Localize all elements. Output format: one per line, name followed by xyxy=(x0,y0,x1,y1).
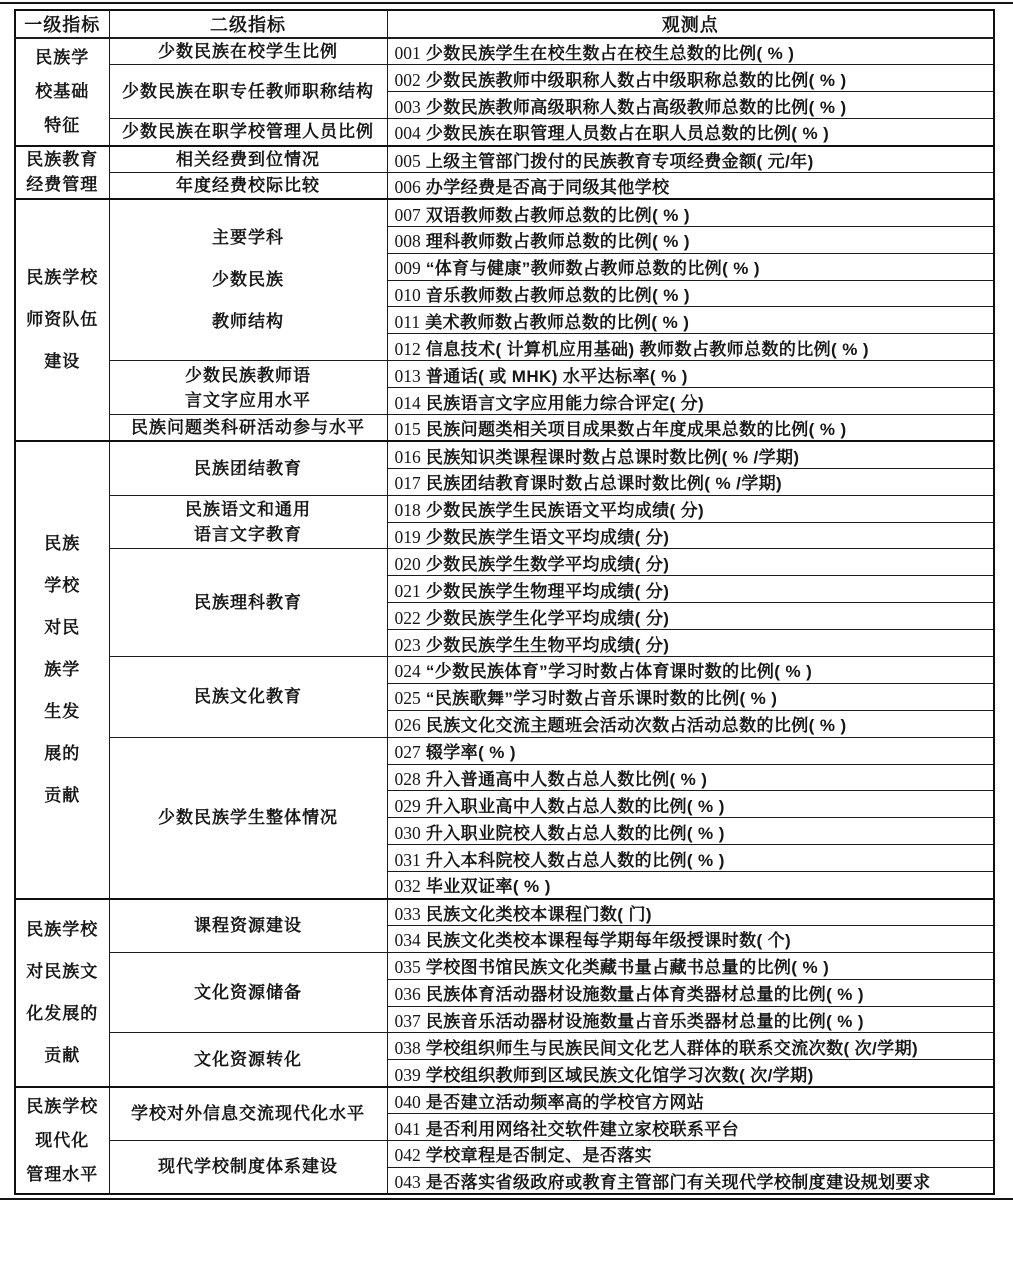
level1-indicator-cell: 民族学校对民族文化发展的贡献 xyxy=(15,899,109,1087)
observation-cell: 025 “民族歌舞”学习时数占音乐课时数的比例( % ) xyxy=(387,683,994,710)
observation-text: 少数民族在职管理人员数占在职人员总数的比例( % ) xyxy=(426,124,829,143)
level2-indicator-cell: 文化资源转化 xyxy=(109,1033,387,1087)
observation-text: 学校组织教师到区域民族文化馆学习次数( 次/学期) xyxy=(426,1066,814,1085)
observation-text: 少数民族学生语文平均成绩( 分) xyxy=(426,528,669,547)
observation-text: 少数民族学生化学平均成绩( 分) xyxy=(426,609,669,628)
observation-text: 升入普通高中人数占总人数比例( % ) xyxy=(426,770,707,789)
observation-number: 017 xyxy=(395,473,421,493)
table-row: 年度经费校际比较006 办学经费是否高于同级其他学校 xyxy=(15,172,994,199)
table-row: 民族学校师资队伍建设主要学科少数民族教师结构007 双语教师数占教师总数的比例(… xyxy=(15,199,994,226)
level2-indicator-label: 课程资源建设 xyxy=(110,905,387,947)
top-rule xyxy=(0,2,1013,4)
observation-number: 019 xyxy=(395,527,421,547)
observation-cell: 006 办学经费是否高于同级其他学校 xyxy=(387,172,994,199)
level2-indicator-cell: 民族语文和通用语言文字教育 xyxy=(109,495,387,549)
header-level1-indicator: 一级指标 xyxy=(15,10,109,38)
observation-text: 少数民族学生物理平均成绩( 分) xyxy=(426,582,669,601)
observation-number: 036 xyxy=(395,984,421,1004)
level2-indicator-label: 民族团结教育 xyxy=(110,448,387,490)
observation-number: 039 xyxy=(395,1065,421,1085)
observation-text: 办学经费是否高于同级其他学校 xyxy=(426,178,670,197)
level2-indicator-cell: 年度经费校际比较 xyxy=(109,172,387,199)
observation-cell: 028 升入普通高中人数占总人数比例( % ) xyxy=(387,764,994,791)
scanned-document-page: 一级指标 二级指标 观测点 民族学校基础特征少数民族在校学生比例001 少数民族… xyxy=(0,0,1013,1282)
observation-cell: 015 民族问题类相关项目成果数占年度成果总数的比例( % ) xyxy=(387,414,994,441)
observation-text: 学校图书馆民族文化类藏书量占藏书总量的比例( % ) xyxy=(426,958,829,977)
level2-indicator-label: 学校对外信息交流现代化水平 xyxy=(110,1093,387,1135)
observation-cell: 008 理科教师数占教师总数的比例( % ) xyxy=(387,226,994,253)
observation-number: 016 xyxy=(395,447,421,467)
observation-text: 升入职业院校人数占总人数的比例( % ) xyxy=(426,824,725,843)
observation-cell: 021 少数民族学生物理平均成绩( 分) xyxy=(387,576,994,603)
level2-indicator-cell: 主要学科少数民族教师结构 xyxy=(109,199,387,360)
level1-indicator-label: 民族学校对民族文化发展的贡献 xyxy=(16,909,109,1077)
observation-number: 023 xyxy=(395,635,421,655)
observation-text: 少数民族学生民族语文平均成绩( 分) xyxy=(426,501,704,520)
table-row: 文化资源储备035 学校图书馆民族文化类藏书量占藏书总量的比例( % ) xyxy=(15,952,994,979)
observation-text: 是否利用网络社交软件建立家校联系平台 xyxy=(426,1120,739,1139)
observation-number: 007 xyxy=(395,205,421,225)
observation-cell: 012 信息技术( 计算机应用基础) 教师数占教师总数的比例( % ) xyxy=(387,334,994,361)
observation-text: 民族文化交流主题班会活动次数占活动总数的比例( % ) xyxy=(426,716,847,735)
observation-cell: 031 升入本科院校人数占总人数的比例( % ) xyxy=(387,845,994,872)
level2-indicator-label: 民族理科教育 xyxy=(110,582,387,624)
table-row: 民族学校基础特征少数民族在校学生比例001 少数民族学生在校生数占在校生总数的比… xyxy=(15,38,994,65)
observation-number: 025 xyxy=(395,688,421,708)
level2-indicator-label: 民族语文和通用语言文字教育 xyxy=(110,497,387,547)
observation-text: 升入本科院校人数占总人数的比例( % ) xyxy=(426,851,725,870)
table-row: 民族理科教育020 少数民族学生数学平均成绩( 分) xyxy=(15,549,994,576)
observation-number: 026 xyxy=(395,715,421,735)
observation-text: 少数民族学生数学平均成绩( 分) xyxy=(426,555,669,574)
observation-text: 少数民族学生生物平均成绩( 分) xyxy=(426,636,669,655)
observation-cell: 022 少数民族学生化学平均成绩( 分) xyxy=(387,603,994,630)
level2-indicator-label: 少数民族在职学校管理人员比例 xyxy=(110,119,387,144)
observation-text: “民族歌舞”学习时数占音乐课时数的比例( % ) xyxy=(426,689,777,708)
observation-number: 042 xyxy=(395,1145,421,1165)
observation-number: 010 xyxy=(395,285,421,305)
header-row: 一级指标 二级指标 观测点 xyxy=(15,10,994,38)
observation-number: 020 xyxy=(395,554,421,574)
observation-number: 002 xyxy=(395,70,421,90)
observation-cell: 026 民族文化交流主题班会活动次数占活动总数的比例( % ) xyxy=(387,710,994,737)
header-observation-point: 观测点 xyxy=(387,10,994,38)
observation-number: 004 xyxy=(395,123,421,143)
observation-cell: 003 少数民族教师高级职称人数占高级教师总数的比例( % ) xyxy=(387,92,994,119)
observation-cell: 027 辍学率( % ) xyxy=(387,737,994,764)
observation-text: 升入职业高中人数占总人数的比例( % ) xyxy=(426,797,725,816)
level1-indicator-cell: 民族学校师资队伍建设 xyxy=(15,199,109,441)
level1-indicator-cell: 民族教育经费管理 xyxy=(15,146,109,200)
observation-cell: 041 是否利用网络社交软件建立家校联系平台 xyxy=(387,1114,994,1141)
observation-text: 民族文化类校本课程门数( 门) xyxy=(426,905,652,924)
level2-indicator-cell: 少数民族在校学生比例 xyxy=(109,38,387,65)
table-row: 民族文化教育024 “少数民族体育”学习时数占体育课时数的比例( % ) xyxy=(15,656,994,683)
table-row: 文化资源转化038 学校组织师生与民族民间文化艺人群体的联系交流次数( 次/学期… xyxy=(15,1033,994,1060)
indicator-table-body: 民族学校基础特征少数民族在校学生比例001 少数民族学生在校生数占在校生总数的比… xyxy=(15,38,994,1194)
observation-text: 少数民族教师高级职称人数占高级教师总数的比例( % ) xyxy=(426,98,847,117)
observation-number: 021 xyxy=(395,581,421,601)
observation-cell: 019 少数民族学生语文平均成绩( 分) xyxy=(387,522,994,549)
observation-number: 041 xyxy=(395,1119,421,1139)
level2-indicator-label: 少数民族在职专任教师职称结构 xyxy=(110,71,387,113)
observation-cell: 005 上级主管部门拨付的民族教育专项经费金额( 元/年) xyxy=(387,146,994,173)
observation-cell: 032 毕业双证率( % ) xyxy=(387,872,994,899)
observation-cell: 010 音乐教师数占教师总数的比例( % ) xyxy=(387,280,994,307)
table-row: 少数民族学生整体情况027 辍学率( % ) xyxy=(15,737,994,764)
indicator-table-header: 一级指标 二级指标 观测点 xyxy=(15,10,994,38)
observation-text: 民族音乐活动器材设施数量占音乐类器材总量的比例( % ) xyxy=(426,1012,864,1031)
table-row: 民族学校对民族文化发展的贡献课程资源建设033 民族文化类校本课程门数( 门) xyxy=(15,899,994,926)
observation-cell: 017 民族团结教育课时数占总课时数比例( % /学期) xyxy=(387,468,994,495)
level2-indicator-label: 少数民族学生整体情况 xyxy=(110,797,387,839)
observation-number: 012 xyxy=(395,339,421,359)
observation-number: 028 xyxy=(395,769,421,789)
level1-indicator-label: 民族教育经费管理 xyxy=(16,147,109,197)
observation-cell: 011 美术教师数占教师总数的比例( % ) xyxy=(387,307,994,334)
observation-number: 032 xyxy=(395,876,421,896)
level2-indicator-label: 主要学科少数民族教师结构 xyxy=(110,217,387,343)
observation-text: “少数民族体育”学习时数占体育课时数的比例( % ) xyxy=(426,662,812,681)
level2-indicator-cell: 课程资源建设 xyxy=(109,899,387,953)
observation-number: 015 xyxy=(395,419,421,439)
observation-cell: 001 少数民族学生在校生数占在校生总数的比例( % ) xyxy=(387,38,994,65)
observation-cell: 039 学校组织教师到区域民族文化馆学习次数( 次/学期) xyxy=(387,1060,994,1087)
observation-cell: 002 少数民族教师中级职称人数占中级职称总数的比例( % ) xyxy=(387,65,994,92)
observation-number: 005 xyxy=(395,151,421,171)
level2-indicator-cell: 少数民族教师语言文字应用水平 xyxy=(109,361,387,415)
observation-text: 民族团结教育课时数占总课时数比例( % /学期) xyxy=(426,474,782,493)
observation-number: 009 xyxy=(395,258,421,278)
observation-number: 014 xyxy=(395,393,421,413)
observation-number: 006 xyxy=(395,177,421,197)
level2-indicator-cell: 民族文化教育 xyxy=(109,656,387,737)
table-row: 少数民族在职学校管理人员比例004 少数民族在职管理人员数占在职人员总数的比例(… xyxy=(15,119,994,146)
observation-text: 是否落实省级政府或教育主管部门有关现代学校制度建设规划要求 xyxy=(426,1173,931,1192)
observation-cell: 023 少数民族学生生物平均成绩( 分) xyxy=(387,630,994,657)
level2-indicator-cell: 少数民族在职专任教师职称结构 xyxy=(109,65,387,119)
level1-indicator-label: 民族学校现代化管理水平 xyxy=(16,1090,109,1192)
observation-number: 035 xyxy=(395,957,421,977)
level2-indicator-label: 少数民族在校学生比例 xyxy=(110,39,387,64)
observation-text: 普通话( 或 MHK) 水平达标率( % ) xyxy=(426,367,688,386)
observation-text: 理科教师数占教师总数的比例( % ) xyxy=(426,232,690,251)
level2-indicator-cell: 民族问题类科研活动参与水平 xyxy=(109,414,387,441)
observation-number: 043 xyxy=(395,1172,421,1192)
table-row: 现代学校制度体系建设042 学校章程是否制定、是否落实 xyxy=(15,1141,994,1168)
observation-text: 学校组织师生与民族民间文化艺人群体的联系交流次数( 次/学期) xyxy=(426,1039,918,1058)
observation-text: 少数民族学生在校生数占在校生总数的比例( % ) xyxy=(426,44,794,63)
observation-number: 040 xyxy=(395,1092,421,1112)
observation-cell: 004 少数民族在职管理人员数占在职人员总数的比例( % ) xyxy=(387,119,994,146)
level2-indicator-label: 现代学校制度体系建设 xyxy=(110,1146,387,1188)
observation-text: 民族知识类课程课时数占总课时数比例( % /学期) xyxy=(426,448,800,467)
level1-indicator-cell: 民族学校现代化管理水平 xyxy=(15,1087,109,1195)
table-row: 民族教育经费管理相关经费到位情况005 上级主管部门拨付的民族教育专项经费金额(… xyxy=(15,146,994,173)
indicator-table: 一级指标 二级指标 观测点 民族学校基础特征少数民族在校学生比例001 少数民族… xyxy=(14,9,995,1195)
observation-text: 双语教师数占教师总数的比例( % ) xyxy=(426,206,690,225)
observation-cell: 034 民族文化类校本课程每学期每年级授课时数( 个) xyxy=(387,925,994,952)
level1-indicator-cell: 民族学校对民族学生发展的贡献 xyxy=(15,441,109,898)
level2-indicator-label: 民族文化教育 xyxy=(110,676,387,718)
level2-indicator-cell: 民族团结教育 xyxy=(109,441,387,495)
observation-cell: 016 民族知识类课程课时数占总课时数比例( % /学期) xyxy=(387,441,994,468)
observation-text: 民族问题类相关项目成果数占年度成果总数的比例( % ) xyxy=(426,420,847,439)
observation-cell: 036 民族体育活动器材设施数量占体育类器材总量的比例( % ) xyxy=(387,979,994,1006)
observation-cell: 035 学校图书馆民族文化类藏书量占藏书总量的比例( % ) xyxy=(387,952,994,979)
observation-number: 027 xyxy=(395,742,421,762)
observation-number: 037 xyxy=(395,1011,421,1031)
level2-indicator-cell: 少数民族学生整体情况 xyxy=(109,737,387,898)
observation-cell: 014 民族语言文字应用能力综合评定( 分) xyxy=(387,388,994,415)
table-row: 民族学校对民族学生发展的贡献民族团结教育016 民族知识类课程课时数占总课时数比… xyxy=(15,441,994,468)
observation-text: 民族体育活动器材设施数量占体育类器材总量的比例( % ) xyxy=(426,985,864,1004)
level1-indicator-label: 民族学校基础特征 xyxy=(16,41,109,143)
observation-text: 上级主管部门拨付的民族教育专项经费金额( 元/年) xyxy=(426,152,814,171)
observation-cell: 037 民族音乐活动器材设施数量占音乐类器材总量的比例( % ) xyxy=(387,1006,994,1033)
level2-indicator-label: 相关经费到位情况 xyxy=(110,147,387,172)
observation-number: 033 xyxy=(395,904,421,924)
observation-text: 美术教师数占教师总数的比例( % ) xyxy=(425,313,689,332)
observation-number: 011 xyxy=(395,312,421,332)
observation-number: 034 xyxy=(395,930,421,950)
observation-cell: 033 民族文化类校本课程门数( 门) xyxy=(387,899,994,926)
observation-cell: 020 少数民族学生数学平均成绩( 分) xyxy=(387,549,994,576)
table-row: 少数民族在职专任教师职称结构002 少数民族教师中级职称人数占中级职称总数的比例… xyxy=(15,65,994,92)
observation-text: 民族文化类校本课程每学期每年级授课时数( 个) xyxy=(426,931,791,950)
observation-text: 是否建立活动频率高的学校官方网站 xyxy=(426,1093,704,1112)
table-row: 少数民族教师语言文字应用水平013 普通话( 或 MHK) 水平达标率( % ) xyxy=(15,361,994,388)
observation-number: 013 xyxy=(395,366,421,386)
observation-cell: 009 “体育与健康”教师数占教师总数的比例( % ) xyxy=(387,253,994,280)
observation-number: 001 xyxy=(395,43,421,63)
level1-indicator-cell: 民族学校基础特征 xyxy=(15,38,109,146)
table-row: 民族问题类科研活动参与水平015 民族问题类相关项目成果数占年度成果总数的比例(… xyxy=(15,414,994,441)
level2-indicator-label: 文化资源储备 xyxy=(110,972,387,1014)
level2-indicator-label: 文化资源转化 xyxy=(110,1039,387,1081)
observation-number: 038 xyxy=(395,1038,421,1058)
observation-text: “体育与健康”教师数占教师总数的比例( % ) xyxy=(426,259,760,278)
level2-indicator-label: 少数民族教师语言文字应用水平 xyxy=(110,363,387,413)
level2-indicator-cell: 文化资源储备 xyxy=(109,952,387,1033)
bottom-rule xyxy=(0,1198,1013,1200)
observation-number: 029 xyxy=(395,796,421,816)
observation-text: 辍学率( % ) xyxy=(426,743,516,762)
observation-cell: 043 是否落实省级政府或教育主管部门有关现代学校制度建设规划要求 xyxy=(387,1167,994,1194)
level2-indicator-cell: 学校对外信息交流现代化水平 xyxy=(109,1087,387,1141)
observation-cell: 040 是否建立活动频率高的学校官方网站 xyxy=(387,1087,994,1114)
level2-indicator-cell: 少数民族在职学校管理人员比例 xyxy=(109,119,387,146)
observation-number: 030 xyxy=(395,823,421,843)
observation-number: 031 xyxy=(395,850,421,870)
observation-text: 音乐教师数占教师总数的比例( % ) xyxy=(426,286,690,305)
observation-cell: 042 学校章程是否制定、是否落实 xyxy=(387,1141,994,1168)
level2-indicator-cell: 相关经费到位情况 xyxy=(109,146,387,173)
level2-indicator-label: 年度经费校际比较 xyxy=(110,173,387,198)
observation-number: 003 xyxy=(395,97,421,117)
header-level2-indicator: 二级指标 xyxy=(109,10,387,38)
observation-text: 民族语言文字应用能力综合评定( 分) xyxy=(426,394,704,413)
observation-cell: 030 升入职业院校人数占总人数的比例( % ) xyxy=(387,818,994,845)
observation-number: 024 xyxy=(395,661,421,681)
observation-number: 022 xyxy=(395,608,421,628)
observation-cell: 018 少数民族学生民族语文平均成绩( 分) xyxy=(387,495,994,522)
observation-number: 008 xyxy=(395,231,421,251)
table-row: 民族学校现代化管理水平学校对外信息交流现代化水平040 是否建立活动频率高的学校… xyxy=(15,1087,994,1114)
table-row: 民族语文和通用语言文字教育018 少数民族学生民族语文平均成绩( 分) xyxy=(15,495,994,522)
level1-indicator-label: 民族学校师资队伍建设 xyxy=(16,257,109,383)
observation-cell: 029 升入职业高中人数占总人数的比例( % ) xyxy=(387,791,994,818)
observation-text: 学校章程是否制定、是否落实 xyxy=(426,1146,652,1165)
level2-indicator-cell: 现代学校制度体系建设 xyxy=(109,1141,387,1195)
level2-indicator-cell: 民族理科教育 xyxy=(109,549,387,657)
observation-cell: 007 双语教师数占教师总数的比例( % ) xyxy=(387,199,994,226)
level1-indicator-label: 民族学校对民族学生发展的贡献 xyxy=(16,523,109,817)
level2-indicator-label: 民族问题类科研活动参与水平 xyxy=(110,415,387,440)
observation-cell: 024 “少数民族体育”学习时数占体育课时数的比例( % ) xyxy=(387,656,994,683)
observation-number: 018 xyxy=(395,500,421,520)
observation-text: 少数民族教师中级职称人数占中级职称总数的比例( % ) xyxy=(426,71,847,90)
observation-text: 信息技术( 计算机应用基础) 教师数占教师总数的比例( % ) xyxy=(426,340,869,359)
observation-cell: 038 学校组织师生与民族民间文化艺人群体的联系交流次数( 次/学期) xyxy=(387,1033,994,1060)
observation-cell: 013 普通话( 或 MHK) 水平达标率( % ) xyxy=(387,361,994,388)
observation-text: 毕业双证率( % ) xyxy=(426,877,551,896)
